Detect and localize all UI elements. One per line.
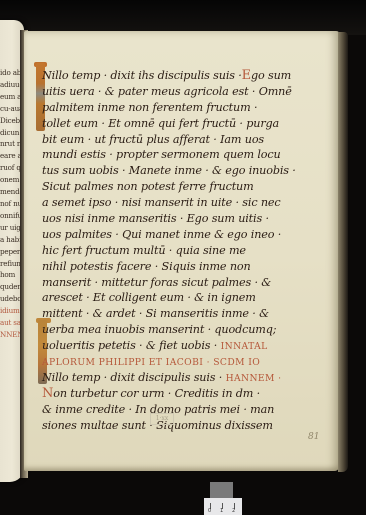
text-segment: nihil potestis facere · Siquis inme non — [42, 260, 251, 273]
text-line: a semet ipso · nisi manserit in uite · s… — [42, 195, 282, 211]
text-line: manserit · mittetur foras sicut palmes ·… — [42, 275, 282, 291]
ruler-label: 1 — [220, 508, 223, 514]
text-segment: go sum — [251, 69, 291, 82]
text-segment: uerba mea inuobis manserint · quodcumq; — [42, 323, 276, 336]
text-segment: uos palmites · Qui manet inme & ego ineo… — [42, 228, 281, 241]
text-line: uos nisi inme manseritis · Ego sum uitis… — [42, 211, 282, 227]
background-dark — [0, 0, 366, 35]
text-line: tollet eum · Et omnē qui fert fructū · p… — [42, 116, 282, 132]
rubric-text: APLORUM PHILIPPI ET IACOBI · SCDM IO — [42, 357, 260, 368]
text-segment: hic fert fructum multū · quia sine me — [42, 244, 246, 257]
text-segment: Nillo temp · dixit ihs discipulis suis · — [42, 69, 242, 82]
text-segment: arescet · Et colligent eum · & in ignem — [42, 291, 256, 304]
text-segment: mundi estis · propter sermonem quem locu — [42, 148, 281, 161]
text-line: bit eum · ut fructū plus afferat · Iam u… — [42, 132, 282, 148]
scale-ruler: 0 1 2 — [204, 498, 242, 515]
text-line: uitis uera · & pater meus agricola est ·… — [42, 84, 282, 100]
text-line: Nillo temp · dixit discipulis suis · HAN… — [42, 370, 282, 386]
text-line: mundi estis · propter sermonem quem locu — [42, 147, 282, 163]
page-edge-shadow — [338, 32, 348, 472]
text-line: arescet · Et colligent eum · & in ignem — [42, 290, 282, 306]
rubric-text: INNATAL — [221, 341, 268, 352]
text-segment: palmitem inme non ferentem fructum · — [42, 101, 257, 114]
text-segment: on turbetur cor urm · Creditis in dm · — [53, 387, 260, 400]
color-calibration-grey — [210, 482, 233, 498]
text-line: Non turbetur cor urm · Creditis in dm · — [42, 386, 282, 402]
text-segment: tus sum uobis · Manete inme · & ego inuo… — [42, 164, 296, 177]
text-line: Sicut palmes non potest ferre fructum — [42, 179, 282, 195]
rubric-text: HANNEM · — [226, 373, 282, 384]
red-capital: N — [42, 386, 53, 401]
text-segment: mittent · & ardet · Si manseritis inme ·… — [42, 307, 269, 320]
red-capital: E — [242, 68, 251, 83]
text-segment: uos nisi inme manseritis · Ego sum uitis… — [42, 212, 269, 225]
text-segment: a semet ipso · nisi manserit in uite · s… — [42, 196, 280, 209]
text-line: uerba mea inuobis manserint · quodcumq; — [42, 322, 282, 338]
text-line: hic fert fructum multū · quia sine me — [42, 243, 282, 259]
manuscript-text-block: Nillo temp · dixit ihs discipulis suis ·… — [42, 68, 282, 433]
text-segment: bit eum · ut fructū plus afferat · Iam u… — [42, 133, 264, 146]
text-line: uolueritis petetis · & fiet uobis · INNA… — [42, 338, 282, 354]
text-line: palmitem inme non ferentem fructum · — [42, 100, 282, 116]
text-line: tus sum uobis · Manete inme · & ego inuo… — [42, 163, 282, 179]
text-line: APLORUM PHILIPPI ET IACOBI · SCDM IO — [42, 354, 282, 370]
folio-number: 81 — [308, 432, 319, 442]
text-line: mittent · & ardet · Si manseritis inme ·… — [42, 306, 282, 322]
ruler-label: 2 — [232, 508, 235, 514]
text-segment: manserit · mittetur foras sicut palmes ·… — [42, 276, 271, 289]
shelfmark-stamp: 1·xx — [150, 413, 174, 425]
text-segment: tollet eum · Et omnē qui fert fructū · p… — [42, 117, 279, 130]
text-line: Nillo temp · dixit ihs discipulis suis ·… — [42, 68, 282, 84]
ruler-label: 0 — [208, 508, 211, 514]
text-line: nihil potestis facere · Siquis inme non — [42, 259, 282, 275]
text-segment: Sicut palmes non potest ferre fructum — [42, 180, 254, 193]
text-segment: uitis uera · & pater meus agricola est ·… — [42, 85, 292, 98]
text-segment: Nillo temp · dixit discipulis suis · — [42, 371, 226, 384]
text-segment: uolueritis petetis · & fiet uobis · — [42, 339, 221, 352]
text-line: uos palmites · Qui manet inme & ego ineo… — [42, 227, 282, 243]
